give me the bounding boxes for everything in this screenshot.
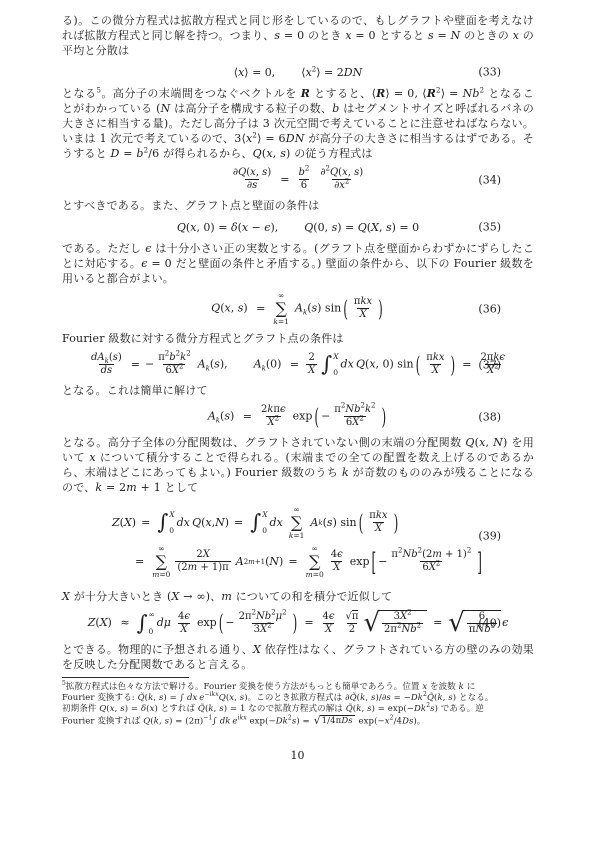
equation-38: Ak(s) =2kπϵX2exp(−π2Nb2k26X2) (38) xyxy=(62,404,534,429)
equation-40: Z(X) ≈∫∞0dμ4ϵXexp(−2π2Nb2μ23X2)=4ϵX√π2√3… xyxy=(62,610,534,636)
equation-39-body: Z(X) =∫X0dx Q(x, N) =∫X0dx∞∑k=1Ak(s) sin… xyxy=(112,503,484,581)
equation-38-body: Ak(s) =2kπϵX2exp(−π2Nb2k26X2) xyxy=(208,404,388,429)
equation-38-number: (38) xyxy=(478,410,501,423)
footnote-rule xyxy=(62,677,189,678)
paragraph-3: とすべきである。また、グラフト点と壁面の条件は xyxy=(62,198,534,213)
paragraph-1: る)。この微分方程式は拡散方程式と同じ形をしているので、もしグラフトや壁面を考え… xyxy=(62,13,534,58)
footnote-line-4: Fourier 変換すれば Q(k, s) = (2π)−1∫ dk eikx … xyxy=(62,715,534,728)
equation-39-line2: =∞∑m=02X(2m + 1)πA2m+1(N) =∞∑m=04ϵXexp[−… xyxy=(130,545,484,578)
equation-33-body: ⟨x⟩ = 0,⟨x2⟩ = 2DN xyxy=(234,66,362,79)
document-page: る)。この微分方程式は拡散方程式と同じ形をしているので、もしグラフトや壁面を考え… xyxy=(0,0,595,841)
paragraph-2: となる5。高分子の末端間をつなぐベクトルを R とすると、⟨R⟩ = 0, ⟨R… xyxy=(62,86,534,161)
equation-36-body: Q(x, s) =∞∑k=1Ak(s) sin(πkxX) xyxy=(211,292,385,325)
equation-35-body: Q(x, 0) = δ(x − ϵ),Q(0, s) = Q(X, s) = 0 xyxy=(177,221,419,234)
footnote-line-3: 初期条件 Q(x, s) = δ(x) とすれば Q̃(k, s) = 1 なの… xyxy=(62,704,534,715)
equation-37-number: (37) xyxy=(478,358,501,371)
equation-39-line1: Z(X) =∫X0dx Q(x, N) =∫X0dx∞∑k=1Ak(s) sin… xyxy=(112,506,400,539)
equation-33-number: (33) xyxy=(478,66,501,79)
equation-36: Q(x, s) =∞∑k=1Ak(s) sin(πkxX) (36) xyxy=(62,292,534,325)
paragraph-6: となる。これは簡単に解けて xyxy=(62,383,534,398)
equation-40-body: Z(X) ≈∫∞0dμ4ϵXexp(−2π2Nb2μ23X2)=4ϵX√π2√3… xyxy=(88,610,509,636)
paragraph-8: X が十分大きいとき (X → ∞)、m についての和を積分で近似して xyxy=(62,589,534,604)
equation-37: dAk(s)ds=−π2b2k26X2Ak(s),Ak(0) =2X∫X0dx … xyxy=(62,352,534,377)
equation-35-number: (35) xyxy=(478,221,501,234)
equation-39: Z(X) =∫X0dx Q(x, N) =∫X0dx∞∑k=1Ak(s) sin… xyxy=(62,503,534,581)
equation-39-number: (39) xyxy=(478,529,501,542)
paragraph-4: である。ただし ϵ は十分小さい正の実数とする。(グラフト点を壁面からわずかにず… xyxy=(62,241,534,286)
footnote: 5拡散方程式は色々な方法で解ける。Fourier 変換を使う方法がもっとも簡単で… xyxy=(62,682,534,728)
equation-34: ∂Q(x, s)∂s=b26∂2Q(x, s)∂x2 (34) xyxy=(62,167,534,192)
equation-33: ⟨x⟩ = 0,⟨x2⟩ = 2DN (33) xyxy=(62,64,534,80)
text-block: る)。この微分方程式は拡散方程式と同じ形をしているので、もしグラフトや壁面を考え… xyxy=(62,13,534,728)
equation-34-number: (34) xyxy=(478,173,501,186)
equation-36-number: (36) xyxy=(478,302,501,315)
footnote-line-2: Fourier 変換する: Q̃(k, s) = ∫ dx e−ikxQ(x, … xyxy=(62,693,534,704)
equation-40-number: (40) xyxy=(478,617,501,630)
paragraph-7: となる。高分子全体の分配関数は、グラフトされていない側の末端の分配関数 Q(x,… xyxy=(62,435,534,495)
paragraph-5: Fourier 級数に対する微分方程式とグラフト点の条件は xyxy=(62,331,534,346)
footnote-line-1: 5拡散方程式は色々な方法で解ける。Fourier 変換を使う方法がもっとも簡単で… xyxy=(62,682,534,693)
equation-35: Q(x, 0) = δ(x − ϵ),Q(0, s) = Q(X, s) = 0… xyxy=(62,219,534,235)
equation-37-body: dAk(s)ds=−π2b2k26X2Ak(s),Ak(0) =2X∫X0dx … xyxy=(87,352,509,377)
page-number: 10 xyxy=(0,749,595,762)
paragraph-9: とできる。物理的に予想される通り、X 依存性はなく、グラフトされている方の壁のみ… xyxy=(62,642,534,672)
equation-34-body: ∂Q(x, s)∂s=b26∂2Q(x, s)∂x2 xyxy=(229,167,367,192)
